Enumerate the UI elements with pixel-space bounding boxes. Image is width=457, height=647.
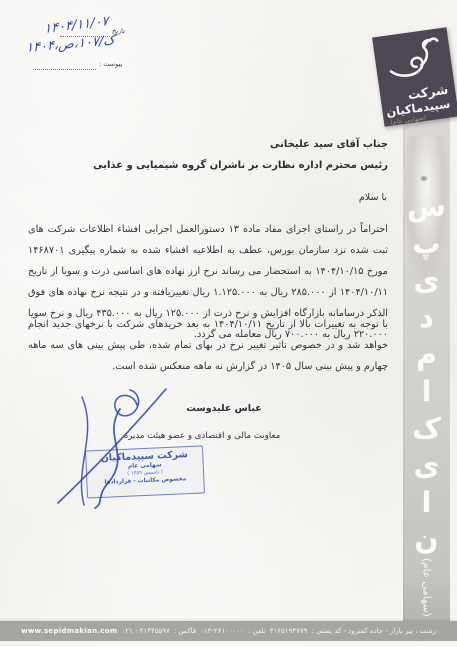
- footer-address: رشت ، پیر بازار - جاده کفترود - کد پستی …: [311, 627, 436, 635]
- brand-letter: پ: [403, 225, 450, 262]
- footer-phone-number: ۰۱۳-۲۶۱۰۰۰۰۰: [200, 627, 244, 635]
- brand-letter: س: [403, 188, 450, 225]
- attachment-dotted-line: [33, 69, 96, 70]
- brand-sideband: س پ ی د م ا ک ی ا ن (سهامی عام): [403, 118, 450, 621]
- brand-letter: ا: [403, 484, 450, 521]
- body-paragraph-2: با توجه به تغییرات بالا از تاریخ ۱۴۰۴/۱۰…: [28, 314, 388, 377]
- brand-letter: ن: [403, 521, 450, 558]
- footer-fax-label: فاکس :: [174, 627, 196, 635]
- company-logo: شرکت سپیدماکیان: [372, 27, 457, 127]
- hen-photo-ghost: [421, 176, 427, 181]
- salutation: با سلام: [359, 192, 387, 203]
- scanned-letter-page: ۱۴۰۴/۱۱/۰۷ تاریخ ک/۱۰۷،ص،۱۴۰۴ پیوست : س …: [0, 0, 457, 647]
- footer-website-link: www.sepidmakian.com: [21, 627, 117, 635]
- brand-letter: ی: [403, 447, 450, 484]
- brand-letter: ا: [403, 373, 450, 410]
- recipient-title: رئیس محترم اداره نظارت بر ناشران گروه شی…: [28, 155, 388, 176]
- brand-subtitle-vertical: (سهامی عام): [421, 558, 433, 617]
- brand-letter: م: [403, 336, 450, 373]
- brand-letter: ی: [403, 262, 450, 299]
- footer-fax-number: ۰۲۱ - ۴۱۴۴۵۵۹۷: [121, 627, 169, 635]
- recipient-name: جناب آقای سید علیخانی: [28, 134, 388, 155]
- footer-phone-label: تلفن :: [248, 627, 266, 635]
- signature-icon: [38, 383, 183, 510]
- footer-postal-code: ۴۱۶۵۱۹۴۷۷۹: [270, 627, 308, 635]
- recipient-block: جناب آقای سید علیخانی رئیس محترم اداره ن…: [28, 134, 388, 176]
- vertical-brand-text: س پ ی د م ا ک ی ا ن: [403, 188, 450, 558]
- brand-letter: د: [403, 299, 450, 336]
- attachment-label: پیوست :: [99, 60, 122, 68]
- footer-address-bar: رشت ، پیر بازار - جاده کفترود - کد پستی …: [0, 621, 457, 641]
- handwritten-letter-number: ک/۱۰۷،ص،۱۴۰۴: [26, 33, 115, 56]
- hen-icon: [381, 34, 445, 86]
- brand-letter: ک: [403, 410, 450, 447]
